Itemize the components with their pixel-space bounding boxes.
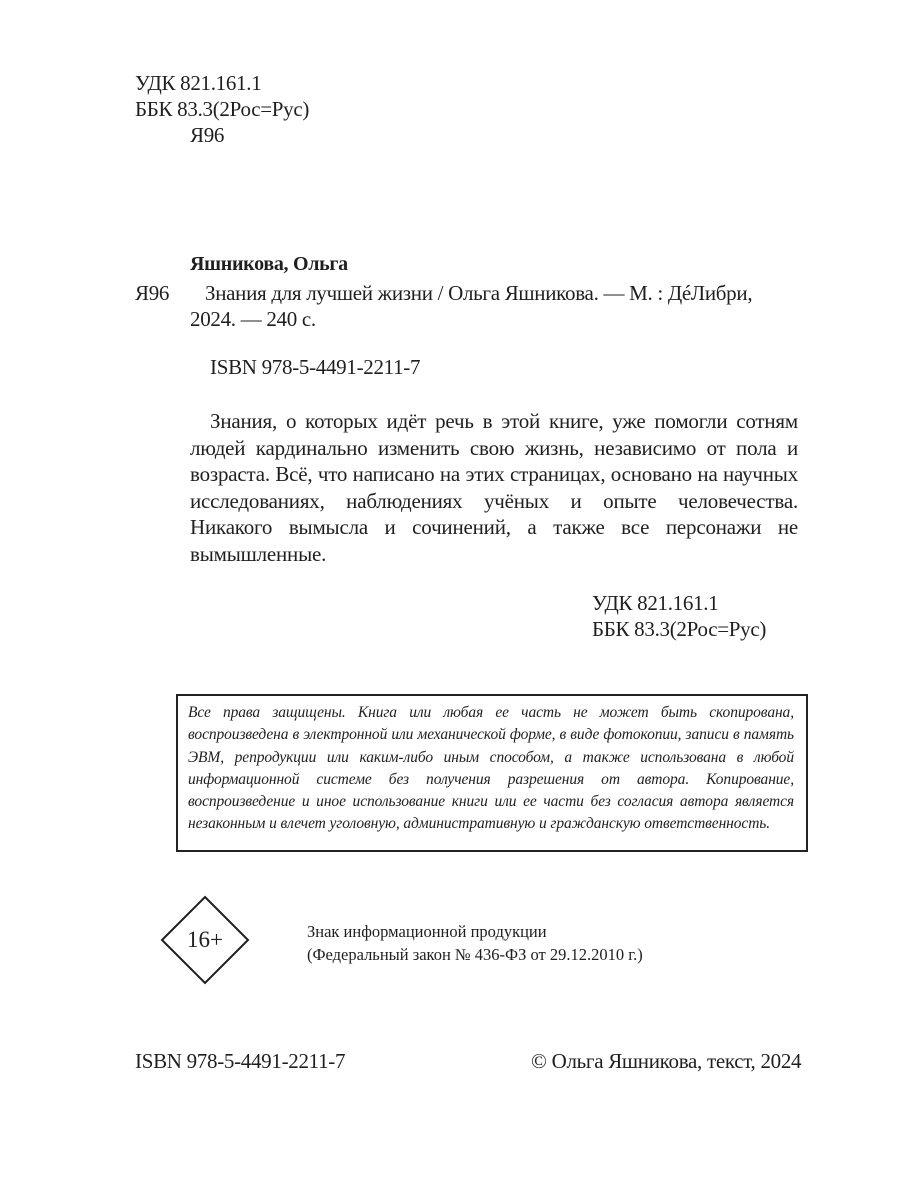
age-rating-diamond-icon: 16+	[160, 895, 250, 985]
udk-code: УДК 821.161.1	[135, 70, 309, 96]
bbk-code: ББК 83.3(2Рос=Рус)	[592, 616, 766, 642]
catalog-isbn: ISBN 978-5-4491-2211-7	[210, 354, 420, 380]
catalog-author: Яшникова, Ольга	[190, 253, 348, 276]
age-rating-label: 16+	[160, 895, 250, 985]
author-mark: Я96	[135, 122, 309, 148]
catalog-index: Я96	[135, 280, 169, 306]
udk-code: УДК 821.161.1	[592, 590, 766, 616]
footer-copyright: © Ольга Яшникова, текст, 2024	[531, 1048, 801, 1074]
age-rating-line1: Знак информационной продукции	[307, 920, 643, 943]
catalog-title-line: Знания для лучшей жизни / Ольга Яшникова…	[205, 280, 752, 306]
bbk-code: ББК 83.3(2Рос=Рус)	[135, 96, 309, 122]
footer-classification-codes: УДК 821.161.1 ББК 83.3(2Рос=Рус)	[592, 590, 766, 642]
rights-notice-box: Все права защищены. Книга или любая ее ч…	[176, 694, 808, 852]
rights-notice-text: Все права защищены. Книга или любая ее ч…	[188, 704, 794, 832]
catalog-publication-line: 2024. — 240 с.	[190, 306, 316, 332]
header-classification-codes: УДК 821.161.1 ББК 83.3(2Рос=Рус) Я96	[135, 70, 309, 148]
book-annotation: Знания, о которых идёт речь в этой книге…	[190, 408, 798, 567]
age-rating-info: Знак информационной продукции (Федеральн…	[307, 920, 643, 966]
age-rating-line2: (Федеральный закон № 436-ФЗ от 29.12.201…	[307, 943, 643, 966]
footer-isbn: ISBN 978-5-4491-2211-7	[135, 1048, 345, 1074]
